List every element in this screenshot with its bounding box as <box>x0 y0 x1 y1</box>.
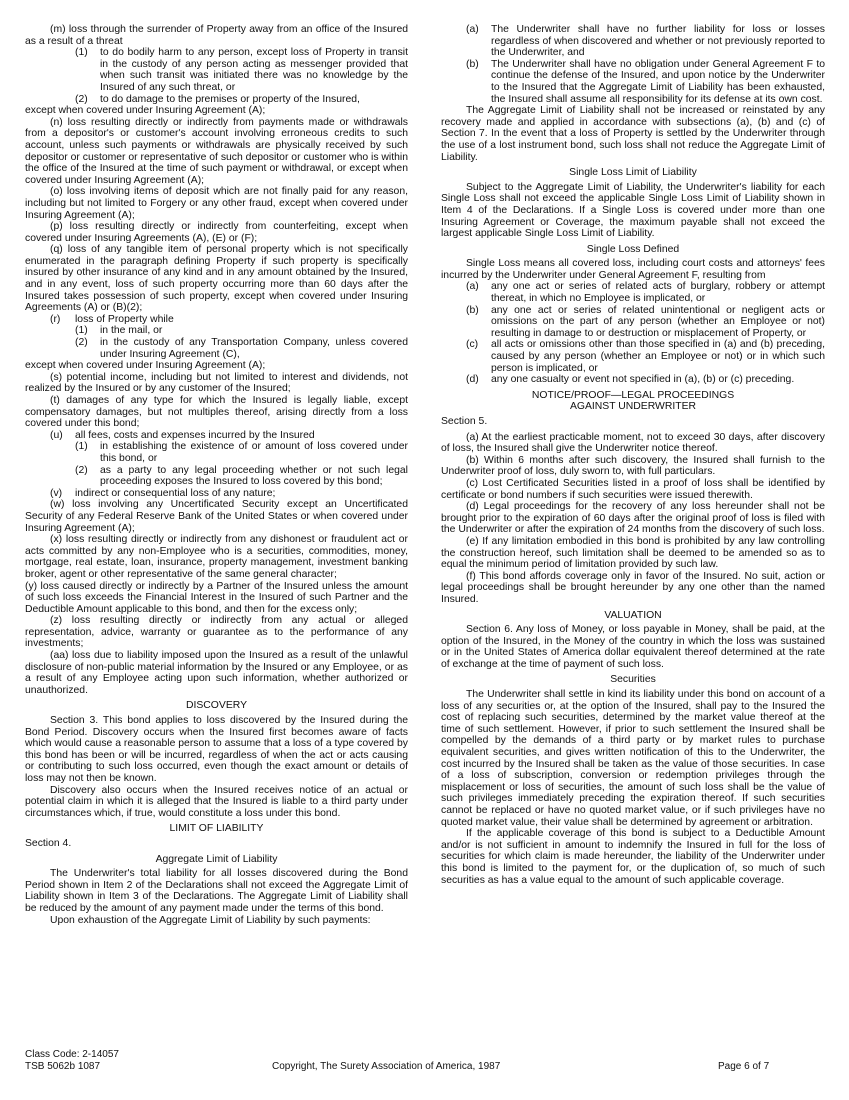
clause-u-1: (1) in establishing the existence of or … <box>25 441 408 464</box>
right-column: (a) The Underwriter shall have no furthe… <box>441 24 825 886</box>
clause-text: all fees, costs and expenses incurred by… <box>75 430 408 442</box>
single-loss-limit-paragraph: Subject to the Aggregate Limit of Liabil… <box>441 182 825 240</box>
clause-x: (x) loss resulting directly or indirectl… <box>25 534 408 580</box>
clause-v: (v) indirect or consequential loss of an… <box>25 488 408 500</box>
aggregate-paragraph-1: The Underwriter's total liability for al… <box>25 868 408 914</box>
clause-text: to do damage to the premises or property… <box>100 94 408 106</box>
subheading-aggregate-limit: Aggregate Limit of Liability <box>25 854 408 866</box>
clause-p: (p) loss resulting directly or indirectl… <box>25 221 408 244</box>
discovery-paragraph-2: Discovery also occurs when the Insured r… <box>25 785 408 820</box>
exhaustion-item-a: (a) The Underwriter shall have no furthe… <box>441 24 825 59</box>
clause-n: (n) loss resulting directly or indirectl… <box>25 117 408 187</box>
clause-text: any one act or series of related acts of… <box>491 281 825 304</box>
discovery-paragraph-1: Section 3. This bond applies to loss dis… <box>25 715 408 785</box>
clause-q: (q) loss of any tangible item of persona… <box>25 244 408 314</box>
clause-text: in the custody of any Transportation Com… <box>100 337 408 360</box>
section-5-c: (c) Lost Certificated Securities listed … <box>441 478 825 501</box>
aggregate-paragraph-2: Upon exhaustion of the Aggregate Limit o… <box>25 915 408 927</box>
footer-class-code: Class Code: 2-14057 <box>25 1049 119 1061</box>
clause-y: (y) loss caused directly or indirectly b… <box>25 581 408 616</box>
subheading-single-loss-limit: Single Loss Limit of Liability <box>441 167 825 179</box>
clause-label: (r) <box>50 314 75 326</box>
clause-text: any one act or series of related uninten… <box>491 305 825 340</box>
clause-m-tail: except when covered under Insuring Agree… <box>25 105 408 117</box>
clause-m: (m) loss through the surrender of Proper… <box>25 24 408 47</box>
clause-t: (t) damages of any type for which the In… <box>25 395 408 430</box>
securities-paragraph-1: The Underwriter shall settle in kind its… <box>441 689 825 828</box>
clause-label: (u) <box>50 430 75 442</box>
clause-m-1: (1) to do bodily harm to any person, exc… <box>25 47 408 93</box>
clause-text: indirect or consequential loss of any na… <box>75 488 408 500</box>
footer-page-number: Page 6 of 7 <box>718 1061 769 1073</box>
clause-r-1: (1) in the mail, or <box>25 325 408 337</box>
clause-u-2: (2) as a party to any legal proceeding w… <box>25 465 408 488</box>
clause-label: (a) <box>466 281 491 304</box>
clause-label: (a) <box>466 24 491 59</box>
subheading-single-loss-defined: Single Loss Defined <box>441 244 825 256</box>
exhaustion-item-b: (b) The Underwriter shall have no obliga… <box>441 59 825 105</box>
section-5-a: (a) At the earliest practicable moment, … <box>441 432 825 455</box>
clause-w: (w) loss involving any Uncertificated Se… <box>25 499 408 534</box>
clause-text: as a party to any legal proceeding wheth… <box>100 465 408 488</box>
single-loss-item-a: (a) any one act or series of related act… <box>441 281 825 304</box>
clause-label: (2) <box>75 94 100 106</box>
clause-label: (1) <box>75 325 100 337</box>
clause-r: (r) loss of Property while <box>25 314 408 326</box>
clause-s: (s) potential income, including but not … <box>25 372 408 395</box>
clause-label: (2) <box>75 337 100 360</box>
section-5-b: (b) Within 6 months after such discovery… <box>441 455 825 478</box>
section-5-d: (d) Legal proceedings for the recovery o… <box>441 501 825 536</box>
valuation-paragraph: Section 6. Any loss of Money, or loss pa… <box>441 624 825 670</box>
clause-text: in establishing the existence of or amou… <box>100 441 408 464</box>
clause-label: (1) <box>75 47 100 93</box>
section-heading-limit-of-liability: LIMIT OF LIABILITY <box>25 823 408 835</box>
footer-copyright: Copyright, The Surety Association of Ame… <box>272 1061 500 1073</box>
clause-o: (o) loss involving items of deposit whic… <box>25 186 408 221</box>
clause-r-2: (2) in the custody of any Transportation… <box>25 337 408 360</box>
clause-label: (2) <box>75 465 100 488</box>
clause-aa: (aa) loss due to liability imposed upon … <box>25 650 408 696</box>
section-heading-notice-proof: NOTICE/PROOF—LEGAL PROCEEDINGS <box>441 390 825 402</box>
section-heading-valuation: VALUATION <box>441 610 825 622</box>
section-heading-against-underwriter: AGAINST UNDERWRITER <box>441 401 825 413</box>
clause-text: in the mail, or <box>100 325 408 337</box>
clause-text: all acts or omissions other than those s… <box>491 339 825 374</box>
clause-text: The Underwriter shall have no further li… <box>491 24 825 59</box>
clause-label: (c) <box>466 339 491 374</box>
single-loss-item-d: (d) any one casualty or event not specif… <box>441 374 825 386</box>
clause-label: (v) <box>50 488 75 500</box>
clause-label: (b) <box>466 59 491 105</box>
section-5-e: (e) If any limitation embodied in this b… <box>441 536 825 571</box>
clause-text: loss of Property while <box>75 314 408 326</box>
left-column: (m) loss through the surrender of Proper… <box>25 24 408 926</box>
section-heading-discovery: DISCOVERY <box>25 700 408 712</box>
section-5-label: Section 5. <box>441 416 825 428</box>
clause-label: (d) <box>466 374 491 386</box>
single-loss-item-b: (b) any one act or series of related uni… <box>441 305 825 340</box>
section-5-f: (f) This bond affords coverage only in f… <box>441 571 825 606</box>
securities-paragraph-2: If the applicable coverage of this bond … <box>441 828 825 886</box>
single-loss-item-c: (c) all acts or omissions other than tho… <box>441 339 825 374</box>
clause-text: The Underwriter shall have no obligation… <box>491 59 825 105</box>
single-loss-defined-paragraph: Single Loss means all covered loss, incl… <box>441 258 825 281</box>
clause-label: (1) <box>75 441 100 464</box>
clause-text: to do bodily harm to any person, except … <box>100 47 408 93</box>
footer-form-number: TSB 5062b 1087 <box>25 1061 100 1073</box>
clause-m-2: (2) to do damage to the premises or prop… <box>25 94 408 106</box>
subheading-securities: Securities <box>441 674 825 686</box>
aggregate-paragraph-3: The Aggregate Limit of Liability shall n… <box>441 105 825 163</box>
clause-z: (z) loss resulting directly or indirectl… <box>25 615 408 650</box>
clause-label: (b) <box>466 305 491 340</box>
clause-u: (u) all fees, costs and expenses incurre… <box>25 430 408 442</box>
section-4-label: Section 4. <box>25 838 408 850</box>
clause-text: any one casualty or event not specified … <box>491 374 825 386</box>
clause-r-tail: except when covered under Insuring Agree… <box>25 360 408 372</box>
